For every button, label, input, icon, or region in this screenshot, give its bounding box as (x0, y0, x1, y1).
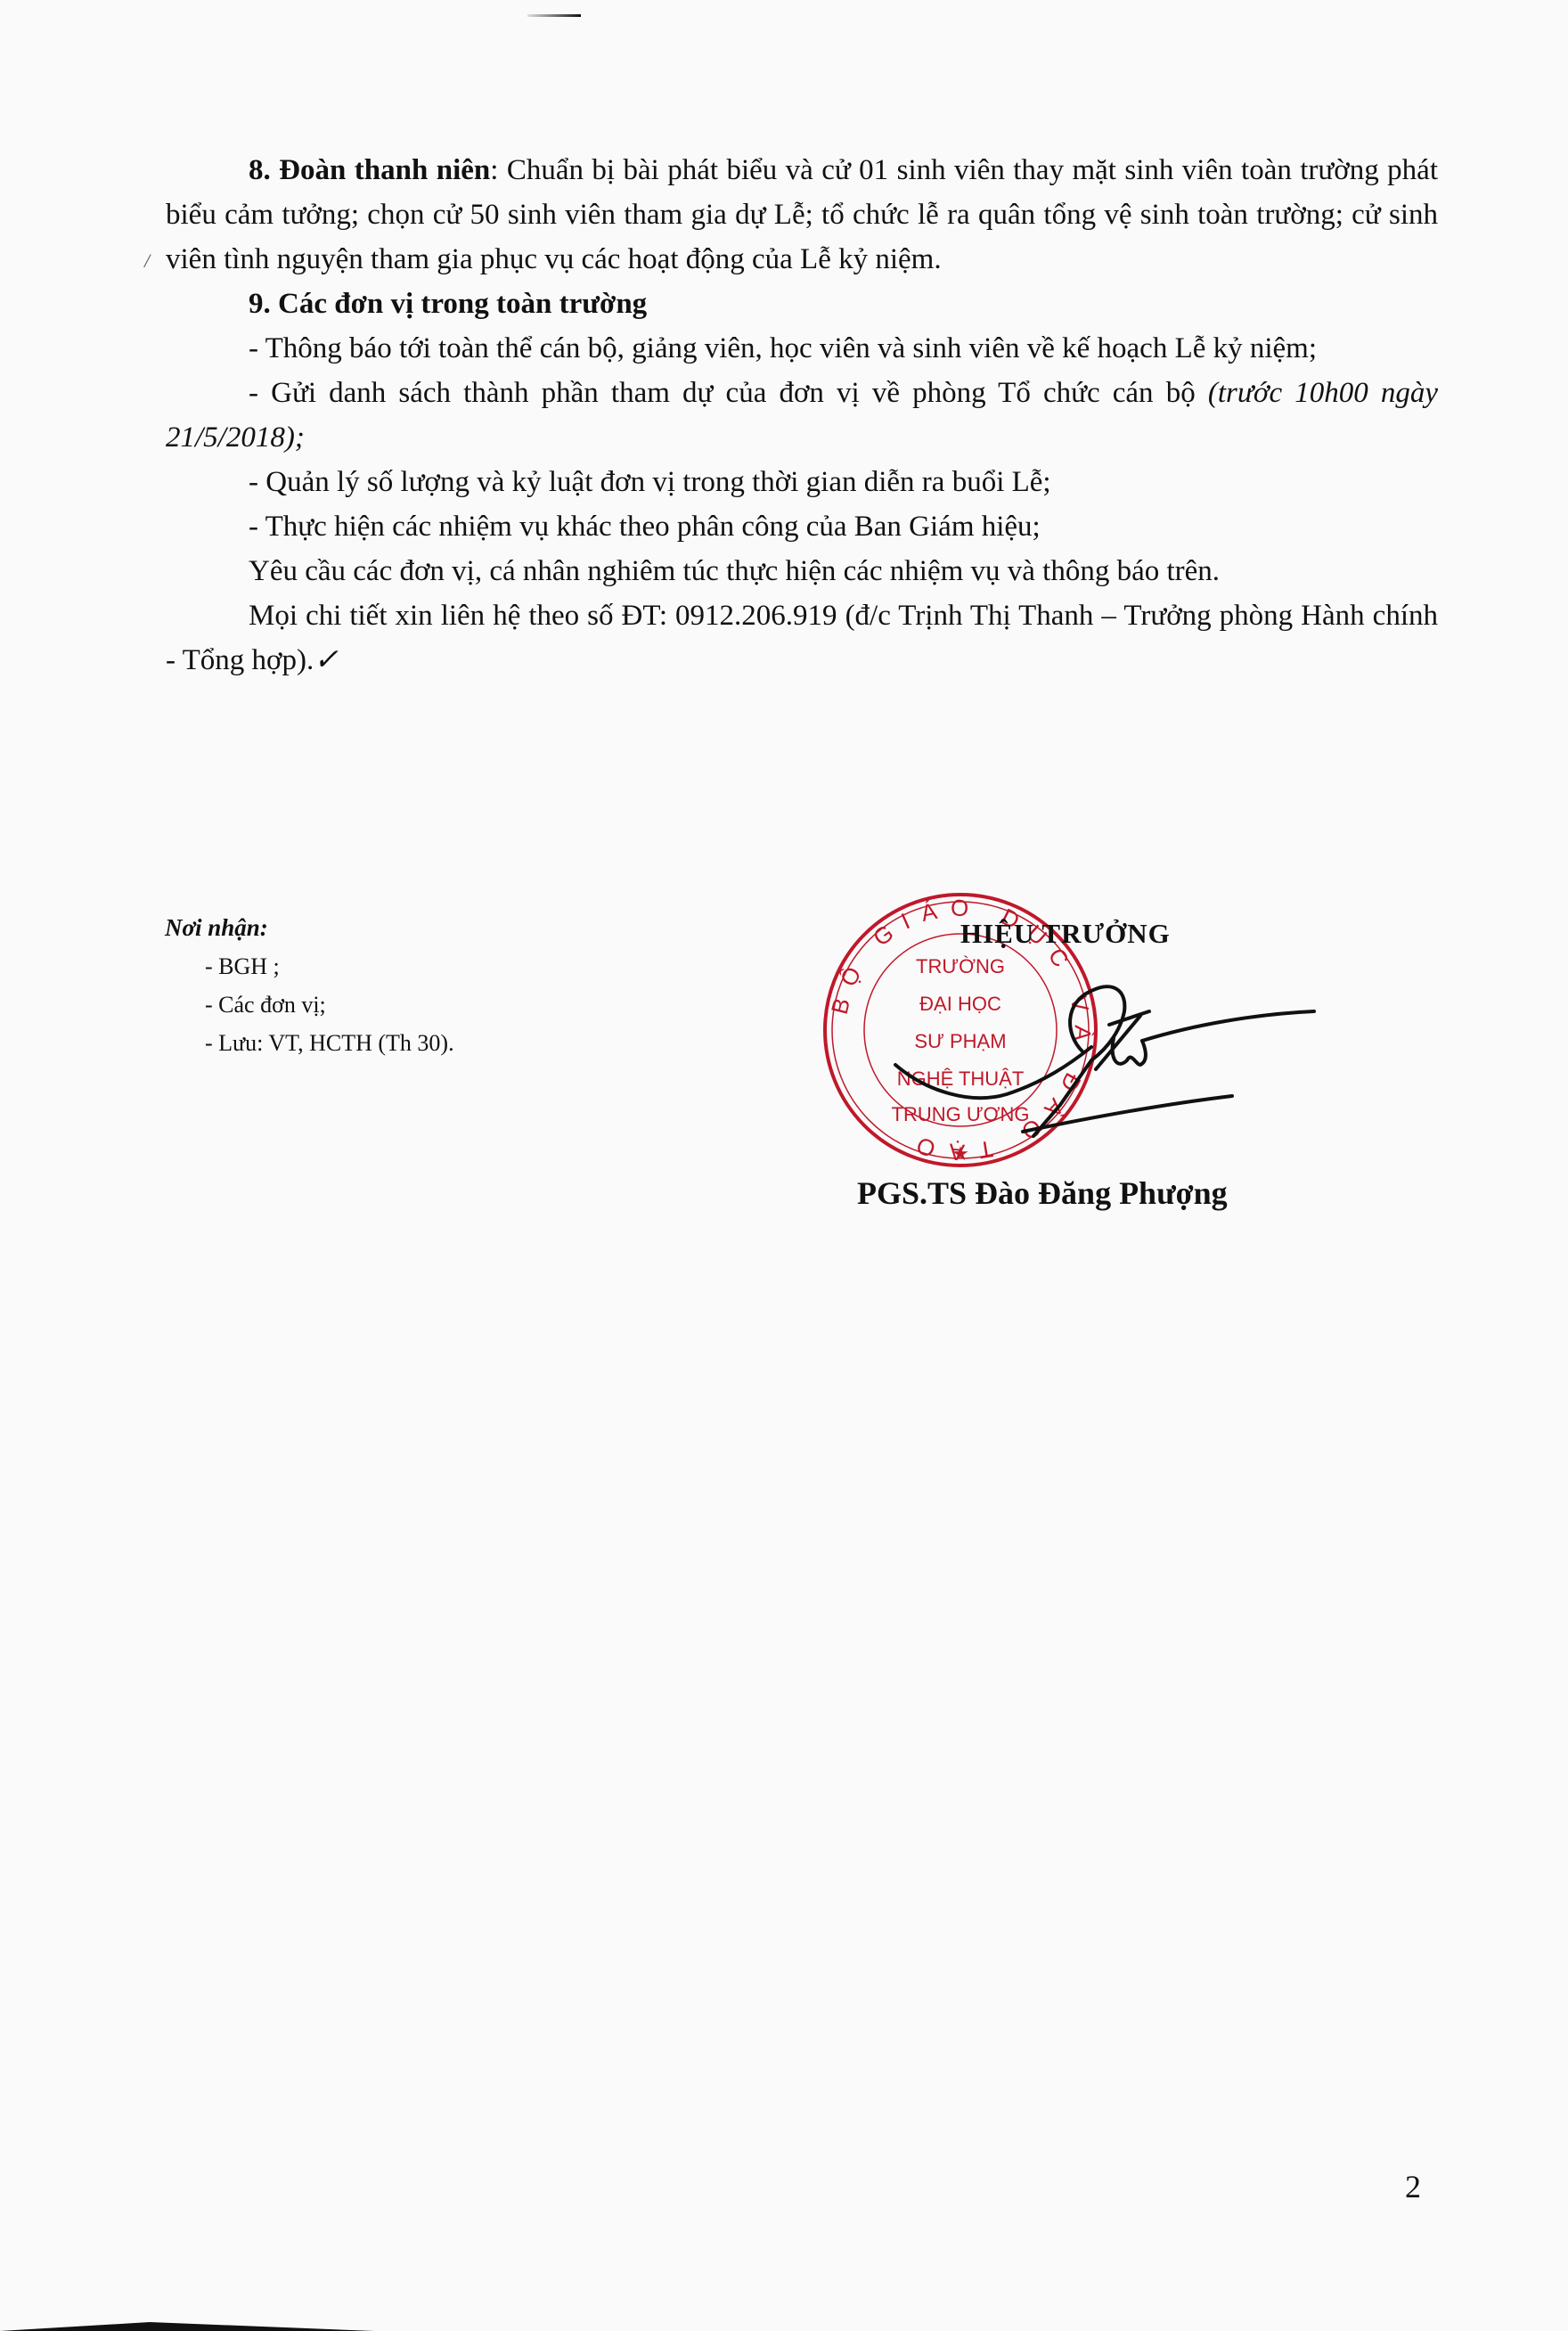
signer-title: HIỆU TRƯỞNG (960, 918, 1171, 950)
signer-name: PGS.TS Đào Đăng Phượng (857, 1174, 1228, 1212)
recipient-item: - Các đơn vị; (165, 986, 454, 1024)
section-9-item: - Quản lý số lượng và kỷ luật đơn vị tro… (166, 460, 1438, 504)
section-8-heading: 8. Đoàn thanh niên (249, 154, 490, 186)
recipient-item: - BGH ; (165, 947, 454, 986)
svg-text:TRƯỜNG: TRƯỜNG (916, 955, 1005, 977)
section-9-item: - Gửi danh sách thành phần tham dự của đ… (166, 371, 1438, 460)
section-9-item: - Thực hiện các nhiệm vụ khác theo phân … (166, 504, 1438, 549)
recipients: Nơi nhận: - BGH ; - Các đơn vị; - Lưu: V… (165, 909, 454, 1062)
svg-text:TRUNG ƯƠNG: TRUNG ƯƠNG (892, 1103, 1030, 1125)
page-number: 2 (1405, 2168, 1421, 2205)
document-body: 8. Đoàn thanh niên: Chuẩn bị bài phát bi… (166, 148, 1438, 683)
section-9-heading: 9. Các đơn vị trong toàn trường (166, 282, 1438, 326)
recipient-item: - Lưu: VT, HCTH (Th 30). (165, 1024, 454, 1062)
svg-text:★: ★ (951, 1142, 969, 1165)
scan-mark (527, 14, 581, 17)
svg-text:NGHỆ THUẬT: NGHỆ THUẬT (897, 1067, 1025, 1090)
section-8: 8. Đoàn thanh niên: Chuẩn bị bài phát bi… (166, 148, 1438, 282)
recipients-label: Nơi nhận: (165, 909, 454, 947)
initials-mark: ✓ (314, 644, 339, 676)
scan-edge (0, 2322, 374, 2331)
closing-request: Yêu cầu các đơn vị, cá nhân nghiêm túc t… (166, 549, 1438, 593)
svg-text:SƯ PHẠM: SƯ PHẠM (914, 1030, 1006, 1052)
contact-info: Mọi chi tiết xin liên hệ theo số ĐT: 091… (166, 593, 1438, 683)
section-9-item: - Thông báo tới toàn thể cán bộ, giảng v… (166, 326, 1438, 371)
svg-text:ĐẠI HỌC: ĐẠI HỌC (919, 993, 1001, 1015)
margin-mark: / (144, 249, 150, 273)
